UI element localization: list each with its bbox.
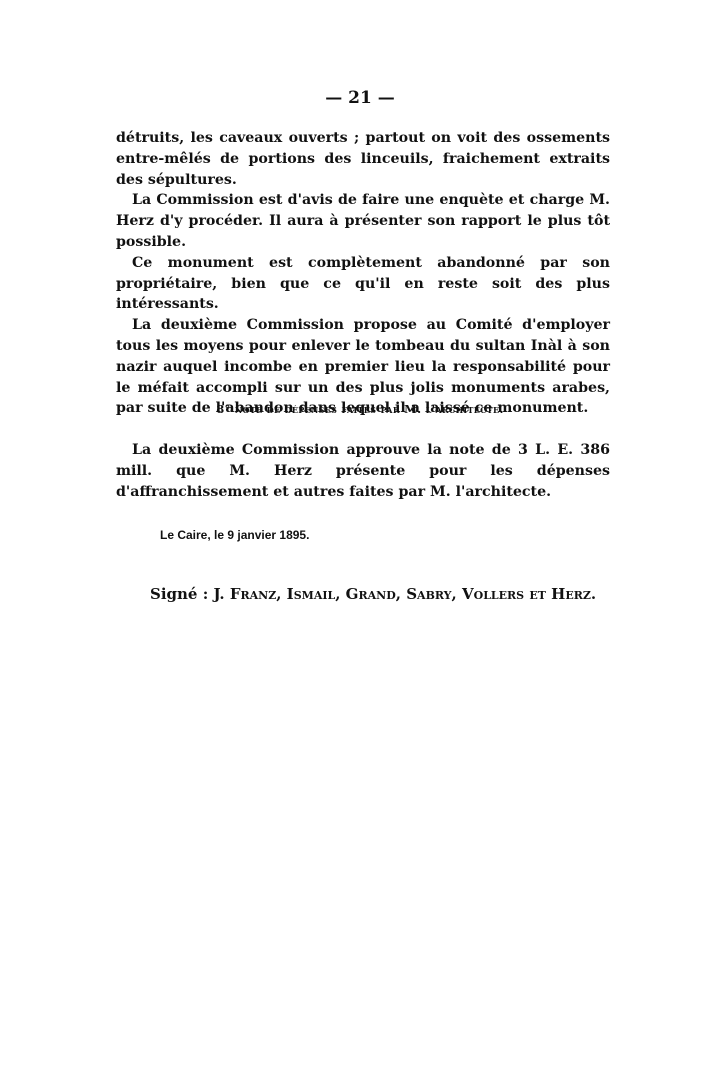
paragraph: La Commission est d'avis de faire une en… — [116, 190, 610, 252]
signature-names: J. Franz, Ismail, Grand, Sabry, Vollers … — [213, 585, 596, 603]
section-heading: 8° note de dépenses faites par M. l'arch… — [0, 402, 720, 416]
date-line: Le Caire, le 9 janvier 1895. — [160, 528, 309, 542]
signature-prefix: Signé : — [150, 585, 213, 603]
body-text-section-2: La deuxième Commission approuve la note … — [116, 440, 610, 502]
signature-line: Signé : J. Franz, Ismail, Grand, Sabry, … — [150, 585, 596, 603]
paragraph: Ce monument est complètement abandonné p… — [116, 253, 610, 315]
paragraph: détruits, les caveaux ouverts ; partout … — [116, 128, 610, 190]
body-text-section-1: détruits, les caveaux ouverts ; partout … — [116, 128, 610, 419]
paragraph: La deuxième Commission approuve la note … — [116, 440, 610, 502]
page-number: — 21 — — [0, 88, 720, 108]
